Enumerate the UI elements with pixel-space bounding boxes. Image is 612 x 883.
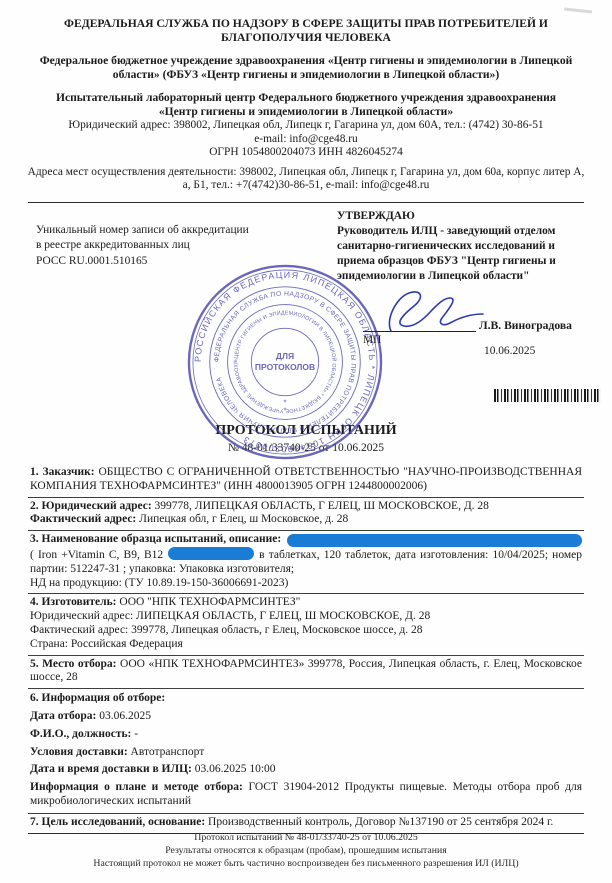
section-manufacturer: 4. Изготовитель: ООО "НПК ТЕХНОФАРМСИНТЕ… — [28, 594, 584, 655]
email: e-mail: info@cge48.ru — [28, 133, 584, 147]
customer-value: ОБЩЕСТВО С ОГРАНИЧЕННОЙ ОТВЕТСТВЕННОСТЬЮ… — [30, 466, 582, 492]
section-sampling-info: 6. Информация об отборе: Дата отбора: 03… — [28, 689, 584, 814]
section-customer: 1. Заказчик: ОБЩЕСТВО С ОГРАНИЧЕННОЙ ОТВ… — [28, 464, 584, 498]
section-customer-address: 2. Юридический адрес: 399778, ЛИПЕЦКАЯ О… — [28, 498, 584, 532]
section-label: 5. Место отбора: — [30, 658, 117, 670]
federal-service-name: ФЕДЕРАЛЬНАЯ СЛУЖБА ПО НАДЗОРУ В СФЕРЕ ЗА… — [28, 17, 584, 45]
svg-text:*: * — [283, 406, 286, 415]
actual-address-value: Липецкая обл, г Елец, ш Московское, д. 2… — [139, 513, 348, 525]
sampler-name: - — [134, 728, 138, 740]
legal-address-value: 399778, ЛИПЕЦКАЯ ОБЛАСТЬ, Г ЕЛЕЦ, Ш МОСК… — [155, 500, 489, 512]
approver-name: Л.В. Виноградова — [479, 319, 572, 332]
field-label: Информация о плане и методе отбора: — [30, 781, 243, 793]
activity-addresses: Адреса мест осуществления деятельности: … — [26, 166, 586, 193]
section-label: 1. Заказчик: — [30, 466, 95, 478]
section-label: 3. Наименование образца испытаний, описа… — [30, 533, 281, 547]
section-label: 4. Изготовитель: — [30, 596, 117, 608]
section-label: Фактический адрес: — [30, 513, 136, 525]
stamp-place-label: МП — [363, 334, 474, 346]
approval-block: Уникальный номер записи об аккредитации … — [0, 203, 612, 411]
section-sample: 3. Наименование образца испытаний, описа… — [28, 531, 584, 594]
section-label: 6. Информация об отборе: — [30, 692, 165, 704]
sample-description-prefix: ( Iron +Vitamin C, B9, B12 — [30, 549, 163, 561]
accreditation-line: в реестре аккредитованных лиц — [36, 238, 249, 254]
sampling-date: 03.06.2025 — [99, 710, 151, 722]
stamp-center-text: ДЛЯ — [276, 351, 294, 361]
protocol-sections: 1. Заказчик: ОБЩЕСТВО С ОГРАНИЧЕННОЙ ОТВ… — [28, 464, 584, 834]
approval-date: 10.06.2025 — [484, 345, 535, 357]
redaction-bar — [168, 547, 254, 560]
manufacturer-country: Страна: Российская Федерация — [30, 638, 582, 652]
field-label: Условия доставки: — [30, 746, 128, 758]
delivery-datetime: 03.06.2025 10:00 — [195, 763, 276, 775]
redaction-bar — [287, 534, 582, 547]
accreditation-line: Уникальный номер записи об аккредитации — [36, 223, 249, 239]
lab-center-name: Испытательный лабораторный центр Федерал… — [38, 91, 574, 119]
field-label: Дата и время доставки в ИЛЦ: — [30, 763, 192, 775]
footer-copy-note: Настоящий протокол не может быть частичн… — [0, 857, 612, 870]
stamp-center-text: ПРОТОКОЛОВ — [255, 362, 315, 372]
signature-line — [363, 315, 476, 332]
field-label: Дата отбора: — [30, 710, 96, 722]
barcode — [494, 389, 601, 402]
footer-results-note: Результаты относятся к образцам (пробам)… — [0, 844, 612, 857]
section-label: 2. Юридический адрес: — [30, 500, 152, 512]
manufacturer-name: ООО "НПК ТЕХНОФАРМСИНТЕЗ" — [119, 596, 300, 608]
manufacturer-legal-address: Юридический адрес: ЛИПЕЦКАЯ ОБЛАСТЬ, Г Е… — [30, 610, 582, 624]
footer-protocol-ref: Протокол испытаний № 48-01/33740-25 от 1… — [0, 831, 612, 844]
approval-title: УТВЕРЖДАЮ — [337, 209, 593, 224]
nd-product: НД на продукцию: (ТУ 10.89.19-150-360066… — [30, 577, 582, 591]
section-sampling-place: 5. Место отбора: ООО «НПК ТЕХНОФАРМСИНТЕ… — [28, 656, 584, 690]
document-header: ФЕДЕРАЛЬНАЯ СЛУЖБА ПО НАДЗОРУ В СФЕРЕ ЗА… — [0, 0, 612, 193]
round-stamp-icon: РОССИЙСКАЯ ФЕДЕРАЦИЯ ЛИПЕЦКАЯ ОБЛАСТЬ * … — [186, 263, 384, 461]
scanned-protocol-document: ФЕДЕРАЛЬНАЯ СЛУЖБА ПО НАДЗОРУ В СФЕРЕ ЗА… — [0, 0, 612, 883]
legal-address: Юридический адрес: 398002, Липецкая обл,… — [28, 119, 584, 133]
delivery-conditions: Автотранспорт — [131, 746, 205, 758]
institution-name: Федеральное бюджетное учреждение здравоо… — [28, 54, 584, 82]
purpose-value: Производственный контроль, Договор №1371… — [208, 816, 553, 828]
field-label: Ф.И.О., должность: — [30, 728, 131, 740]
section-label: 7. Цель исследований, основание: — [30, 816, 205, 828]
page-footer: Протокол испытаний № 48-01/33740-25 от 1… — [0, 831, 612, 871]
ogrn-inn: ОГРН 1054800204073 ИНН 4826045274 — [28, 146, 584, 160]
manufacturer-actual-address: Фактический адрес: 399778, Липецкая обла… — [30, 624, 582, 638]
signature-area: Л.В. Виноградова МП 10.06.2025 — [363, 315, 598, 357]
